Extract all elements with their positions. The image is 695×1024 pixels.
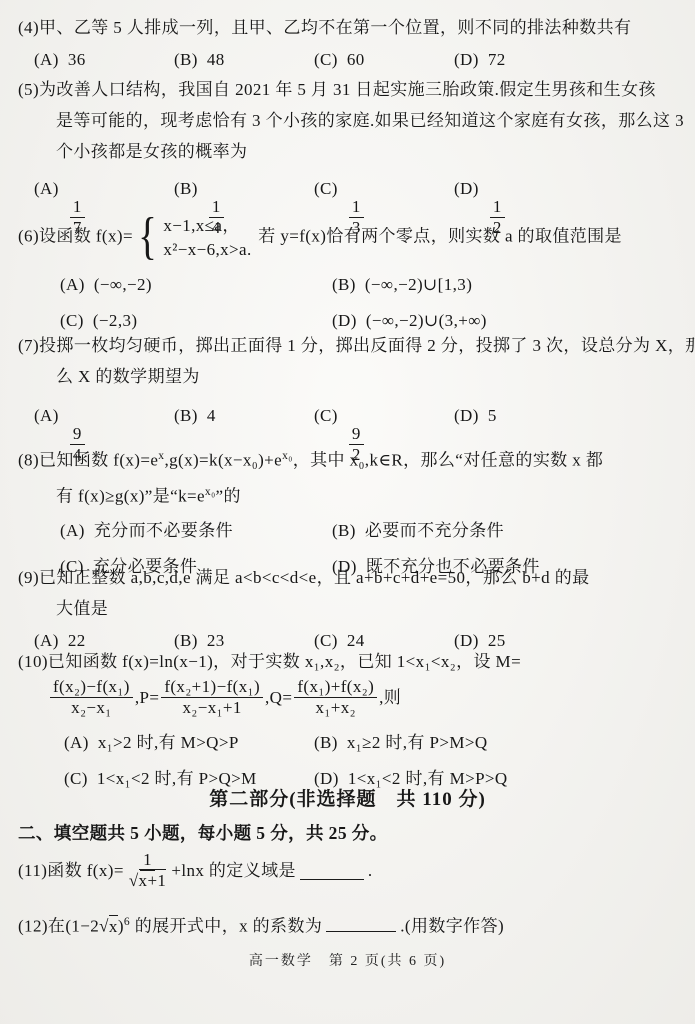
option-label: (B)	[174, 179, 198, 198]
question-6-option-a: (A)(−∞,−2)	[60, 269, 332, 300]
question-8: (8)已知函数 f(x)=ex,g(x)=k(x−x₀)+ex₀，其中 x₀,k…	[18, 440, 683, 582]
question-9: (9)已知正整数 a,b,c,d,e 满足 a<b<c<d<e，且 a+b+c+…	[18, 562, 683, 656]
option-text: (−∞,−2)∪(3,+∞)	[366, 311, 487, 330]
question-10-option-a: (A)x₁>2 时,有 M>Q>P	[64, 727, 314, 758]
option-text: x₁≥2 时,有 P>M>Q	[347, 733, 488, 752]
option-label: (C)	[314, 406, 338, 425]
option-text: 充分而不必要条件	[94, 521, 233, 540]
option-text: 48	[207, 50, 225, 69]
question-9-text-line-2: 大值是	[18, 593, 683, 624]
question-10: (10)已知函数 f(x)=ln(x−1)，对于实数 x₁,x₂，已知 1<x₁…	[18, 646, 683, 794]
option-label: (D)	[454, 50, 479, 69]
option-text: (−2,3)	[93, 311, 138, 330]
option-text: x₁>2 时,有 M>Q>P	[98, 733, 239, 752]
option-text: 72	[488, 50, 506, 69]
exam-page: (4)甲、乙等 5 人排成一列，且甲、乙均不在第一个位置，则不同的排法种数共有 …	[0, 0, 695, 1024]
option-text: 13	[347, 179, 366, 198]
option-label: (A)	[60, 521, 85, 540]
question-9-text-line-1: (9)已知正整数 a,b,c,d,e 满足 a<b<c<d<e，且 a+b+c+…	[18, 562, 683, 593]
option-label: (A)	[34, 50, 59, 69]
option-text: 12	[488, 179, 507, 198]
part2-header: 第二部分(非选择题 共 110 分)	[0, 784, 695, 815]
question-8-option-b: (B)必要而不充分条件	[332, 515, 683, 546]
option-text: 92	[347, 406, 366, 425]
question-4-options: (A)36 (B)48 (C)60 (D)72	[34, 44, 683, 75]
question-4-option-d: (D)72	[454, 44, 594, 75]
option-label: (A)	[34, 179, 59, 198]
question-6-options: (A)(−∞,−2) (B)(−∞,−2)∪[1,3) (C)(−2,3) (D…	[60, 269, 683, 336]
option-text: 4	[207, 406, 216, 425]
question-4-text: (4)甲、乙等 5 人排成一列，且甲、乙均不在第一个位置，则不同的排法种数共有	[18, 12, 683, 43]
option-label: (D)	[454, 406, 479, 425]
option-label: (A)	[60, 275, 85, 294]
option-text: 14	[207, 179, 226, 198]
question-8-text-line-2: 有 f(x)≥g(x)”是“k=ex₀”的	[18, 476, 683, 512]
option-label: (B)	[174, 406, 198, 425]
option-text: (−∞,−2)	[94, 275, 152, 294]
option-text: 必要而不充分条件	[365, 521, 504, 540]
question-6-option-b: (B)(−∞,−2)∪[1,3)	[332, 269, 683, 300]
option-label: (C)	[314, 50, 338, 69]
option-label: (B)	[332, 521, 356, 540]
question-5-text-line-3: 个小孩都是女孩的概率为	[18, 136, 683, 167]
option-text: (−∞,−2)∪[1,3)	[365, 275, 472, 294]
question-4-option-c: (C)60	[314, 44, 454, 75]
question-4: (4)甲、乙等 5 人排成一列，且甲、乙均不在第一个位置，则不同的排法种数共有 …	[18, 12, 683, 75]
option-label: (C)	[60, 311, 84, 330]
question-7-text-line-2: 么 X 的数学期望为	[18, 361, 683, 392]
section2-title: 二、填空题共 5 小题，每小题 5 分，共 25 分。	[18, 818, 388, 849]
option-text: 5	[488, 406, 497, 425]
question-10-text-line-1: (10)已知函数 f(x)=ln(x−1)，对于实数 x₁,x₂，已知 1<x₁…	[18, 646, 683, 677]
question-5-text-line-1: (5)为改善人口结构，我国自 2021 年 5 月 31 日起实施三胎政策.假定…	[18, 74, 683, 105]
question-8-text-line-1: (8)已知函数 f(x)=ex,g(x)=k(x−x₀)+ex₀，其中 x₀,k…	[18, 440, 683, 476]
option-label: (D)	[454, 179, 479, 198]
question-8-option-a: (A)充分而不必要条件	[60, 515, 332, 546]
option-label: (C)	[314, 179, 338, 198]
option-label: (A)	[34, 406, 59, 425]
option-text: 94	[68, 406, 87, 425]
question-5-text-line-2: 是等可能的，现考虑恰有 3 个小孩的家庭.如果已经知道这个家庭有女孩，那么这 3	[18, 105, 683, 136]
page-footer: 高一数学 第 2 页(共 6 页)	[0, 946, 695, 977]
option-label: (B)	[332, 275, 356, 294]
option-label: (D)	[332, 311, 357, 330]
question-10-option-b: (B)x₁≥2 时,有 P>M>Q	[314, 727, 683, 758]
question-6: (6)设函数 f(x)={x−1,x≤a，x²−x−6,x>a. 若 y=f(x…	[18, 214, 683, 336]
question-11: (11)函数 f(x)=1√x+1+lnx 的定义域是.	[18, 850, 683, 892]
option-text: 36	[68, 50, 86, 69]
option-label: (A)	[64, 733, 89, 752]
question-12: (12)在(1−2√x)6 的展开式中，x 的系数为.(用数字作答)	[18, 906, 683, 942]
option-label: (B)	[174, 50, 198, 69]
question-6-text: (6)设函数 f(x)={x−1,x≤a，x²−x−6,x>a. 若 y=f(x…	[18, 214, 683, 261]
question-4-option-a: (A)36	[34, 44, 174, 75]
option-label: (B)	[314, 733, 338, 752]
question-10-text-line-2: f(x₂)−f(x₁)x₂−x₁,P=f(x₂+1)−f(x₁)x₂−x₁+1,…	[18, 677, 683, 719]
question-7-text-line-1: (7)投掷一枚均匀硬币，掷出正面得 1 分，掷出反面得 2 分，投掷了 3 次，…	[18, 330, 683, 361]
question-4-option-b: (B)48	[174, 44, 314, 75]
option-text: 17	[68, 179, 87, 198]
option-text: 60	[347, 50, 365, 69]
